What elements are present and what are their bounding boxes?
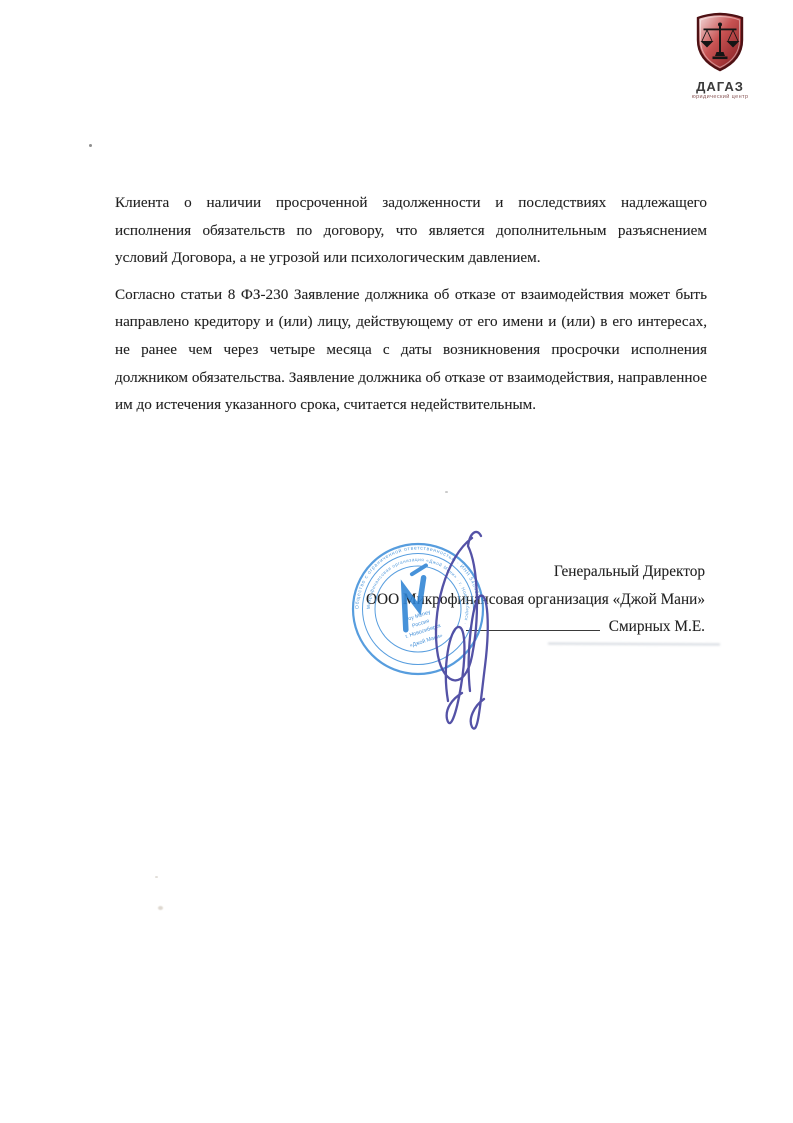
dagaz-logo: ДАГАЗ юридический центр bbox=[676, 12, 764, 100]
scan-speck bbox=[155, 876, 158, 878]
handwritten-signature bbox=[413, 522, 535, 740]
scan-streak-artifact bbox=[548, 643, 720, 646]
paragraph-2: Согласно статьи 8 ФЗ-230 Заявление должн… bbox=[115, 281, 707, 419]
logo-title: ДАГАЗ bbox=[676, 79, 764, 94]
scan-speck bbox=[158, 906, 163, 910]
scanned-letter-page: ДАГАЗ юридический центр Клиента о наличи… bbox=[0, 0, 793, 1123]
signatory-name: Смирных М.Е. bbox=[609, 618, 705, 635]
shield-scales-icon bbox=[694, 12, 746, 72]
scan-speck bbox=[445, 491, 448, 493]
logo-subtitle: юридический центр bbox=[676, 94, 764, 100]
paragraph-1: Клиента о наличии просроченной задолженн… bbox=[115, 189, 707, 272]
letter-body: Клиента о наличии просроченной задолженн… bbox=[115, 189, 707, 428]
scan-speck bbox=[89, 144, 92, 147]
